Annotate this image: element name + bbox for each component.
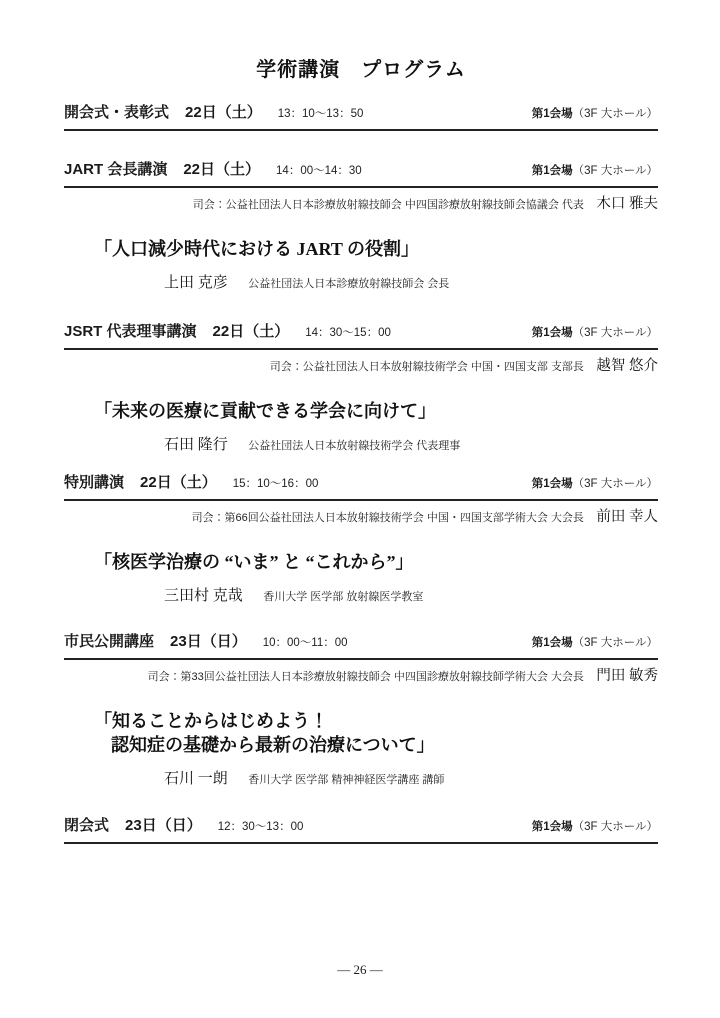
- section-header: JART 会長講演 22日（土） 14：00～14：30 第1会場（3F 大ホー…: [64, 161, 658, 188]
- venue-name: 第1会場: [532, 327, 573, 339]
- section-time: 10：00～11：00: [263, 634, 348, 652]
- section-date: 22日（土）: [140, 474, 217, 492]
- venue-detail: （3F 大ホール）: [573, 478, 658, 490]
- speaker-affiliation: 香川大学 医学部 放射線医学教室: [263, 591, 423, 603]
- moderator-line: 司会：公益社団法人日本診療放射線技師会 中四国診療放射線技師会協議会 代表 木口…: [64, 194, 658, 215]
- moderator-label: 司会：公益社団法人日本診療放射線技師会 中四国診療放射線技師会協議会 代表: [193, 199, 584, 211]
- venue-name: 第1会場: [532, 637, 573, 649]
- moderator-line: 司会：第66回公益社団法人日本放射線技術学会 中国・四国支部学術大会 大会長 前…: [64, 507, 658, 528]
- moderator-name: 越智 悠介: [596, 358, 658, 374]
- lecture-title-line1: 「知ることからはじめよう！: [94, 711, 328, 731]
- section-header: JSRT 代表理事講演 22日（土） 14：30～15：00 第1会場（3F 大…: [64, 323, 658, 350]
- lecture-title: 「核医学治療の “いま” と “これから”」: [94, 550, 658, 574]
- speaker-line: 上田 克彦 公益社団法人日本診療放射線技師会 会長: [164, 273, 658, 294]
- speaker-affiliation: 公益社団法人日本診療放射線技師会 会長: [248, 278, 449, 290]
- section-public-lecture: 市民公開講座 23日（日） 10：00～11：00 第1会場（3F 大ホール） …: [64, 633, 658, 790]
- section-name: 特別講演: [64, 474, 124, 492]
- venue-name: 第1会場: [532, 478, 573, 490]
- moderator-label: 司会：第33回公益社団法人日本診療放射線技師会 中四国診療放射線技師学術大会 大…: [148, 671, 584, 683]
- section-date: 23日（日）: [170, 633, 247, 651]
- section-venue: 第1会場（3F 大ホール）: [532, 324, 658, 342]
- section-venue: 第1会場（3F 大ホール）: [532, 105, 658, 123]
- section-opening-ceremony: 開会式・表彰式 22日（土） 13：10～13：50 第1会場（3F 大ホール）: [64, 104, 658, 131]
- speaker-affiliation: 公益社団法人日本放射線技術学会 代表理事: [248, 440, 460, 452]
- venue-detail: （3F 大ホール）: [573, 327, 658, 339]
- section-date: 22日（土）: [183, 161, 260, 179]
- section-name: JART 会長講演: [64, 161, 167, 179]
- section-special-lecture: 特別講演 22日（土） 15：10～16：00 第1会場（3F 大ホール） 司会…: [64, 474, 658, 607]
- lecture-title: 「未来の医療に貢献できる学会に向けて」: [94, 399, 658, 423]
- section-date: 22日（土）: [213, 323, 290, 341]
- speaker-name: 石川 一朗: [164, 771, 228, 787]
- speaker-line: 石川 一朗 香川大学 医学部 精神神経医学講座 講師: [164, 769, 658, 790]
- section-name: 市民公開講座: [64, 633, 154, 651]
- section-header: 市民公開講座 23日（日） 10：00～11：00 第1会場（3F 大ホール）: [64, 633, 658, 660]
- section-time: 14：30～15：00: [305, 324, 391, 342]
- section-name: 開会式・表彰式: [64, 104, 169, 122]
- speaker-name: 上田 克彦: [164, 275, 228, 291]
- section-header: 開会式・表彰式 22日（土） 13：10～13：50 第1会場（3F 大ホール）: [64, 104, 658, 131]
- page-title: 学術講演 プログラム: [64, 56, 658, 84]
- section-jart-president-lecture: JART 会長講演 22日（土） 14：00～14：30 第1会場（3F 大ホー…: [64, 161, 658, 294]
- section-date: 23日（日）: [125, 817, 202, 835]
- moderator-name: 木口 雅夫: [596, 196, 658, 212]
- section-time: 15：10～16：00: [233, 475, 319, 493]
- section-header: 特別講演 22日（土） 15：10～16：00 第1会場（3F 大ホール）: [64, 474, 658, 501]
- moderator-label: 司会：公益社団法人日本放射線技術学会 中国・四国支部 支部長: [270, 361, 584, 373]
- lecture-title: 「知ることからはじめよう！ 認知症の基礎から最新の治療について」: [94, 709, 658, 757]
- section-venue: 第1会場（3F 大ホール）: [532, 162, 658, 180]
- venue-detail: （3F 大ホール）: [573, 108, 658, 120]
- section-time: 12：30～13：00: [218, 818, 304, 836]
- section-time: 13：10～13：50: [278, 105, 364, 123]
- moderator-line: 司会：公益社団法人日本放射線技術学会 中国・四国支部 支部長 越智 悠介: [64, 356, 658, 377]
- venue-name: 第1会場: [532, 165, 573, 177]
- venue-detail: （3F 大ホール）: [573, 637, 658, 649]
- section-date: 22日（土）: [185, 104, 262, 122]
- section-jsrt-director-lecture: JSRT 代表理事講演 22日（土） 14：30～15：00 第1会場（3F 大…: [64, 323, 658, 456]
- section-venue: 第1会場（3F 大ホール）: [532, 475, 658, 493]
- speaker-name: 三田村 克哉: [164, 588, 243, 604]
- lecture-title-line2: 認知症の基礎から最新の治療について」: [94, 733, 658, 757]
- program-page: 学術講演 プログラム 開会式・表彰式 22日（土） 13：10～13：50 第1…: [0, 0, 720, 1018]
- section-name: JSRT 代表理事講演: [64, 323, 197, 341]
- moderator-name: 前田 幸人: [596, 509, 658, 525]
- speaker-line: 三田村 克哉 香川大学 医学部 放射線医学教室: [164, 586, 658, 607]
- venue-detail: （3F 大ホール）: [573, 821, 658, 833]
- speaker-affiliation: 香川大学 医学部 精神神経医学講座 講師: [248, 774, 444, 786]
- section-venue: 第1会場（3F 大ホール）: [532, 818, 658, 836]
- section-venue: 第1会場（3F 大ホール）: [532, 634, 658, 652]
- speaker-line: 石田 隆行 公益社団法人日本放射線技術学会 代表理事: [164, 435, 658, 456]
- moderator-name: 門田 敏秀: [596, 668, 658, 684]
- section-closing-ceremony: 閉会式 23日（日） 12：30～13：00 第1会場（3F 大ホール）: [64, 817, 658, 844]
- moderator-line: 司会：第33回公益社団法人日本診療放射線技師会 中四国診療放射線技師学術大会 大…: [64, 666, 658, 687]
- section-header: 閉会式 23日（日） 12：30～13：00 第1会場（3F 大ホール）: [64, 817, 658, 844]
- venue-detail: （3F 大ホール）: [573, 165, 658, 177]
- section-name: 閉会式: [64, 817, 109, 835]
- venue-name: 第1会場: [532, 821, 573, 833]
- section-time: 14：00～14：30: [276, 162, 362, 180]
- page-number: — 26 —: [0, 962, 720, 978]
- moderator-label: 司会：第66回公益社団法人日本放射線技術学会 中国・四国支部学術大会 大会長: [192, 512, 584, 524]
- venue-name: 第1会場: [532, 108, 573, 120]
- speaker-name: 石田 隆行: [164, 437, 228, 453]
- lecture-title: 「人口減少時代における JART の役割」: [94, 237, 658, 261]
